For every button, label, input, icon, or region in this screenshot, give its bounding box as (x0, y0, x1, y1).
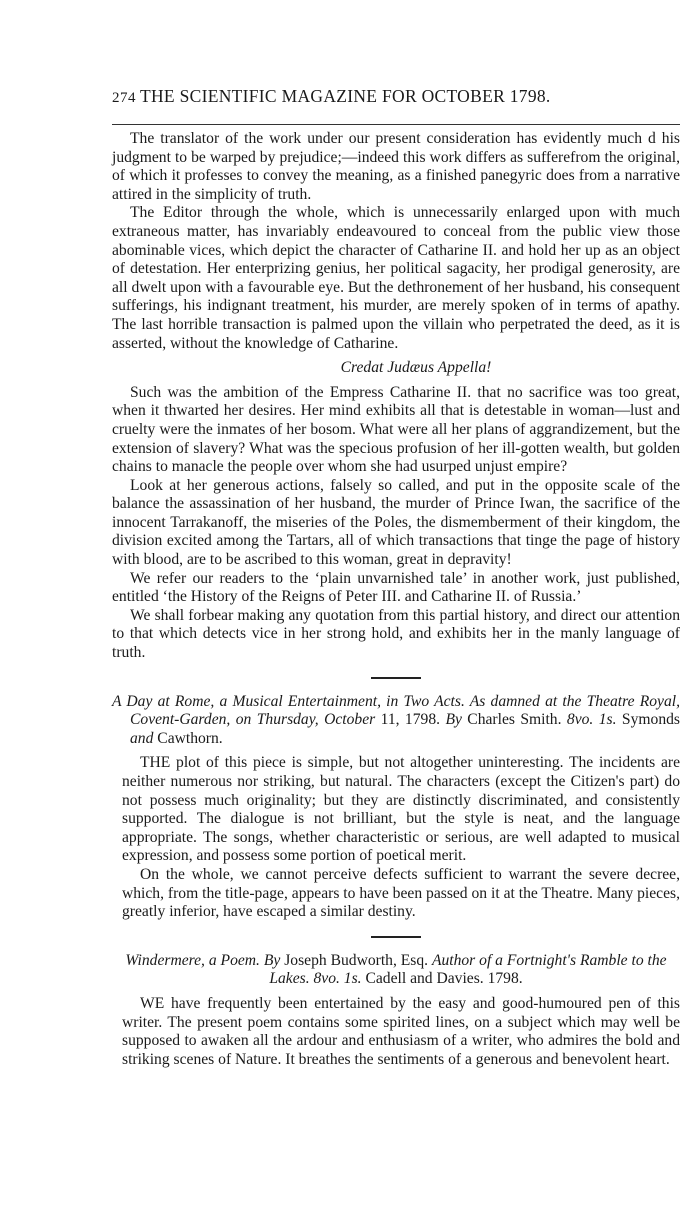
title-by: By (260, 952, 280, 969)
paragraph: The translator of the work under our pre… (112, 130, 680, 204)
running-title: THE SCIENTIFIC MAGAZINE FOR OCTOBER 1798… (140, 86, 551, 107)
section-separator (371, 677, 421, 679)
latin-motto: Credat Judæus Appella! (152, 359, 680, 378)
title-format: 8vo. 1s. (310, 970, 362, 987)
title-author: Joseph Budworth, Esq. (280, 952, 432, 969)
title-format: 8vo. 1s. (567, 711, 617, 728)
page-body: The translator of the work under our pre… (112, 130, 680, 1069)
review-windermere: Windermere, a Poem. By Joseph Budworth, … (112, 952, 680, 1070)
review-title: Windermere, a Poem. By Joseph Budworth, … (112, 952, 680, 989)
page-header: 274 THE SCIENTIFIC MAGAZINE FOR OCTOBER … (112, 86, 680, 108)
review-title: A Day at Rome, a Musical Entertainment, … (112, 693, 680, 749)
paragraph: We refer our readers to the ‘plain unvar… (112, 570, 680, 607)
paragraph: Such was the ambition of the Empress Cat… (112, 384, 680, 477)
paragraph: The Editor through the whole, which is u… (112, 204, 680, 353)
catharine-review-section: The translator of the work under our pre… (112, 130, 680, 663)
title-publisher: Cadell and Davies. 1798. (362, 970, 523, 987)
title-author: Charles Smith. (462, 711, 567, 728)
title-by: By (445, 711, 461, 728)
paragraph: On the whole, we cannot perceive defects… (112, 866, 680, 922)
section-separator (371, 936, 421, 938)
header-rule (112, 124, 680, 125)
paragraph: THE plot of this piece is simple, but no… (112, 754, 680, 866)
title-date: 11, 1798. (375, 711, 445, 728)
paragraph: WE have frequently been entertained by t… (112, 995, 680, 1069)
paragraph: Look at her generous actions, falsely so… (112, 477, 680, 570)
page-number: 274 (112, 90, 136, 107)
title-and: and (130, 730, 153, 747)
title-publisher: Symonds (617, 711, 680, 728)
review-day-at-rome: A Day at Rome, a Musical Entertainment, … (112, 693, 680, 922)
title-publisher: Cawthorn. (153, 730, 222, 747)
paragraph: We shall forbear making any quotation fr… (112, 607, 680, 663)
title-italic: Windermere, a Poem. (125, 952, 260, 969)
